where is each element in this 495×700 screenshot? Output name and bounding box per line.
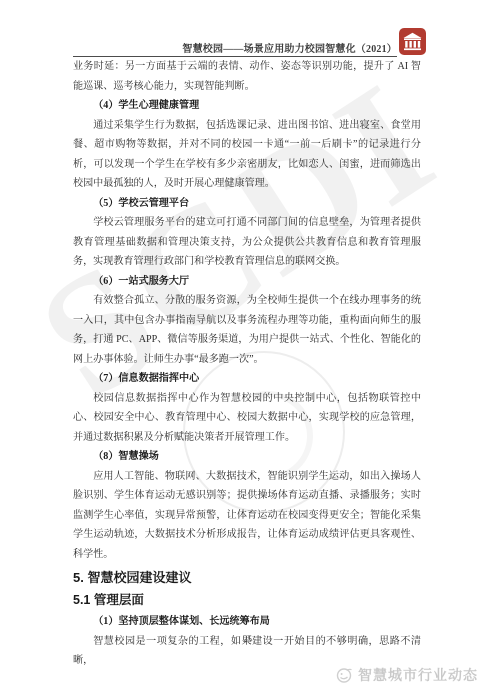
document-page: SCDI 智慧校园——场景应用助力校园智慧化（2021） 业务时延：另一方面基于… <box>0 0 495 700</box>
header-title: 智慧校园——场景应用助力校园智慧化（2021） <box>182 40 397 55</box>
header-rule-line <box>73 56 397 57</box>
footer-brand-watermark: 智慧城市行业动态 <box>335 665 478 685</box>
sub-heading-6: （6）一站式服务大厅 <box>73 272 421 292</box>
document-body: 业务时延：另一方面基于云端的表情、动作、姿态等识别功能，提升了 AI 智能巡课、… <box>73 57 421 671</box>
page-number: 25 <box>0 634 495 644</box>
paragraph: 校园信息数据指挥中心作为智慧校园的中央控制中心，包括物联管控中心、校园安全中心、… <box>73 389 421 448</box>
paragraph: 应用人工智能、物联网、大数据技术，智能识别学生运动，如出入操场人脸识别、学生体育… <box>73 467 421 565</box>
sub-heading-7: （7）信息数据指挥中心 <box>73 369 421 389</box>
section-heading-5: 5. 智慧校园建设建议 <box>73 568 421 588</box>
sub-heading-4: （4）学生心理健康管理 <box>73 96 421 116</box>
sub-heading-1: （1）坚持顶层整体谋划、长远统筹布局 <box>73 612 421 632</box>
subsection-heading-5-1: 5.1 管理层面 <box>73 590 421 610</box>
paragraph: 业务时延：另一方面基于云端的表情、动作、姿态等识别功能，提升了 AI 智能巡课、… <box>73 57 421 96</box>
footer-brand-label: 智慧城市行业动态 <box>358 665 478 685</box>
classical-building-logo-icon <box>399 28 426 55</box>
footer-globe-icon <box>335 666 353 684</box>
paragraph: 有效整合孤立、分散的服务资源，为全校师生提供一个在线办理事务的统一入口，其中包含… <box>73 291 421 369</box>
sub-heading-5: （5）学校云管理平台 <box>73 194 421 214</box>
paragraph: 学校云管理服务平台的建立可打通不同部门间的信息壁垒，为管理者提供教育管理基础数据… <box>73 213 421 272</box>
paragraph: 通过采集学生行为数据，包括选课记录、进出图书馆、进出寝室、食堂用餐、超市购物等数… <box>73 116 421 194</box>
sub-heading-8: （8）智慧操场 <box>73 447 421 467</box>
